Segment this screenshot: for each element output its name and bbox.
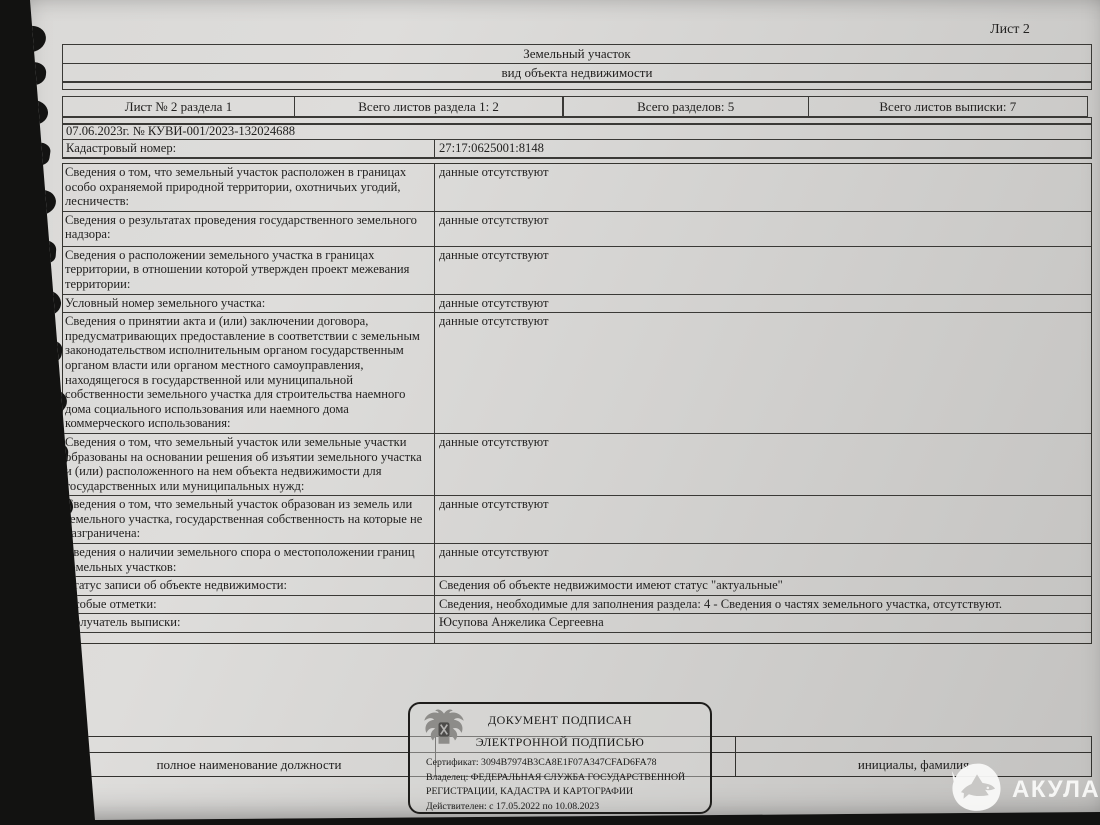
table-row: Статус записи об объекте недвижимости: С… xyxy=(63,576,1091,595)
table-row: Сведения о наличии земельного спора о ме… xyxy=(63,543,1091,576)
row-label: Сведения о расположении земельного участ… xyxy=(63,247,435,294)
document-subtitle: вид объекта недвижимости xyxy=(62,63,1092,83)
counter-total-sheets: Всего листов выписки: 7 xyxy=(808,96,1088,117)
torn-edge-tab xyxy=(39,441,69,468)
stamp-owner: Владелец: ФЕДЕРАЛЬНАЯ СЛУЖБА ГОСУДАРСТВЕ… xyxy=(426,771,702,800)
shark-logo-icon xyxy=(950,760,1004,819)
row-value: данные отсутствуют xyxy=(435,247,1091,294)
table-empty-row xyxy=(63,632,1091,643)
cadastral-number-label: Кадастровый номер: xyxy=(63,140,435,157)
row-label xyxy=(63,633,435,643)
row-value xyxy=(435,633,1091,643)
row-label: Получатель выписки: xyxy=(63,614,435,632)
watermark-text: АКУЛА xyxy=(1012,776,1100,804)
header-spacer-row xyxy=(62,81,1092,90)
counter-total-sections: Всего разделов: 5 xyxy=(562,96,809,117)
counter-sheets-in-section: Всего листов раздела 1: 2 xyxy=(294,96,564,117)
torn-edge-tab xyxy=(25,189,57,217)
sheet-counters-row: Лист № 2 раздела 1 Всего листов раздела … xyxy=(62,96,1092,117)
torn-edge-tab xyxy=(42,493,74,520)
row-label: Сведения о наличии земельного спора о ме… xyxy=(63,544,435,576)
row-label: Сведения о принятии акта и (или) заключе… xyxy=(63,313,435,433)
row-label: Сведения о том, что земельный участок ра… xyxy=(63,164,435,211)
table-row: Сведения о том, что земельный участок ил… xyxy=(63,433,1091,495)
row-value: данные отсутствуют xyxy=(435,544,1091,576)
table-row: Сведения о расположении земельного участ… xyxy=(63,246,1091,294)
torn-edge-tab xyxy=(33,339,63,365)
document-title: Земельный участок xyxy=(62,44,1092,64)
stamp-validity: Действителен: с 17.05.2022 по 10.08.2023 xyxy=(426,800,702,815)
row-label: Сведения о том, что земельный участок об… xyxy=(63,496,435,543)
header-title-block: Земельный участок вид объекта недвижимос… xyxy=(62,44,1092,90)
row-value: данные отсутствуют xyxy=(435,434,1091,495)
row-label: Статус записи об объекте недвижимости: xyxy=(63,577,435,595)
cadastral-number-row: Кадастровый номер: 27:17:0625001:8148 xyxy=(63,140,1091,157)
table-row: Сведения о принятии акта и (или) заключе… xyxy=(63,312,1091,433)
row-label: Сведения о том, что земельный участок ил… xyxy=(63,434,435,495)
signature-cell xyxy=(736,737,1091,752)
electronic-signature-stamp: ДОКУМЕНТ ПОДПИСАН ЭЛЕКТРОННОЙ ПОДПИСЬЮ С… xyxy=(408,702,712,814)
registration-block: 07.06.2023г. № КУВИ-001/2023-132024688 К… xyxy=(62,123,1092,159)
row-value: данные отсутствуют xyxy=(435,212,1091,246)
photo-background: { "colors": { "paper": "#d6d5d3", "ink":… xyxy=(0,0,1100,825)
torn-edge-tab xyxy=(46,541,74,567)
akula-watermark: АКУЛА xyxy=(950,760,1100,819)
row-value: данные отсутствуют xyxy=(435,164,1091,211)
signature-cell xyxy=(63,737,436,752)
row-label: Особые отметки: xyxy=(63,596,435,614)
rosreestr-eagle-icon xyxy=(422,706,466,757)
row-value: Сведения, необходимые для заполнения раз… xyxy=(435,596,1091,614)
counter-sheet-of-section: Лист № 2 раздела 1 xyxy=(62,96,295,117)
torn-edge-tab xyxy=(14,24,47,54)
table-row: Сведения о том, что земельный участок ра… xyxy=(63,164,1091,211)
table-row: Особые отметки: Сведения, необходимые дл… xyxy=(63,595,1091,614)
extract-date-number: 07.06.2023г. № КУВИ-001/2023-132024688 xyxy=(63,124,1091,140)
row-value: Сведения об объекте недвижимости имеют с… xyxy=(435,577,1091,595)
torn-edge-tab xyxy=(18,61,47,86)
table-row: Получатель выписки: Юсупова Анжелика Сер… xyxy=(63,613,1091,632)
torn-edge-tab xyxy=(21,140,52,167)
torn-edge-tab xyxy=(30,289,62,318)
torn-edge-tab xyxy=(17,99,49,126)
cadastral-number-value: 27:17:0625001:8148 xyxy=(435,140,1091,157)
stamp-certificate: Сертификат: 3094B7974B3CA8E1F07A347CFAD6… xyxy=(426,756,702,771)
land-plot-details-table: Сведения о том, что земельный участок ра… xyxy=(62,163,1092,644)
row-value: Юсупова Анжелика Сергеевна xyxy=(435,614,1091,632)
row-label: Сведения о результатах проведения госуда… xyxy=(63,212,435,246)
position-name-label: полное наименование должности xyxy=(63,753,436,776)
table-row: Сведения о результатах проведения госуда… xyxy=(63,211,1091,246)
row-value: данные отсутствуют xyxy=(435,295,1091,313)
row-value: данные отсутствуют xyxy=(435,496,1091,543)
table-row: Сведения о том, что земельный участок об… xyxy=(63,495,1091,543)
row-label: Условный номер земельного участка: xyxy=(63,295,435,313)
table-row: Условный номер земельного участка: данны… xyxy=(63,294,1091,313)
document-page: Лист 2 Земельный участок вид объекта нед… xyxy=(0,0,1100,825)
torn-edge-tab xyxy=(27,239,57,264)
sheet-number: Лист 2 xyxy=(930,22,1090,38)
row-value: данные отсутствуют xyxy=(435,313,1091,433)
